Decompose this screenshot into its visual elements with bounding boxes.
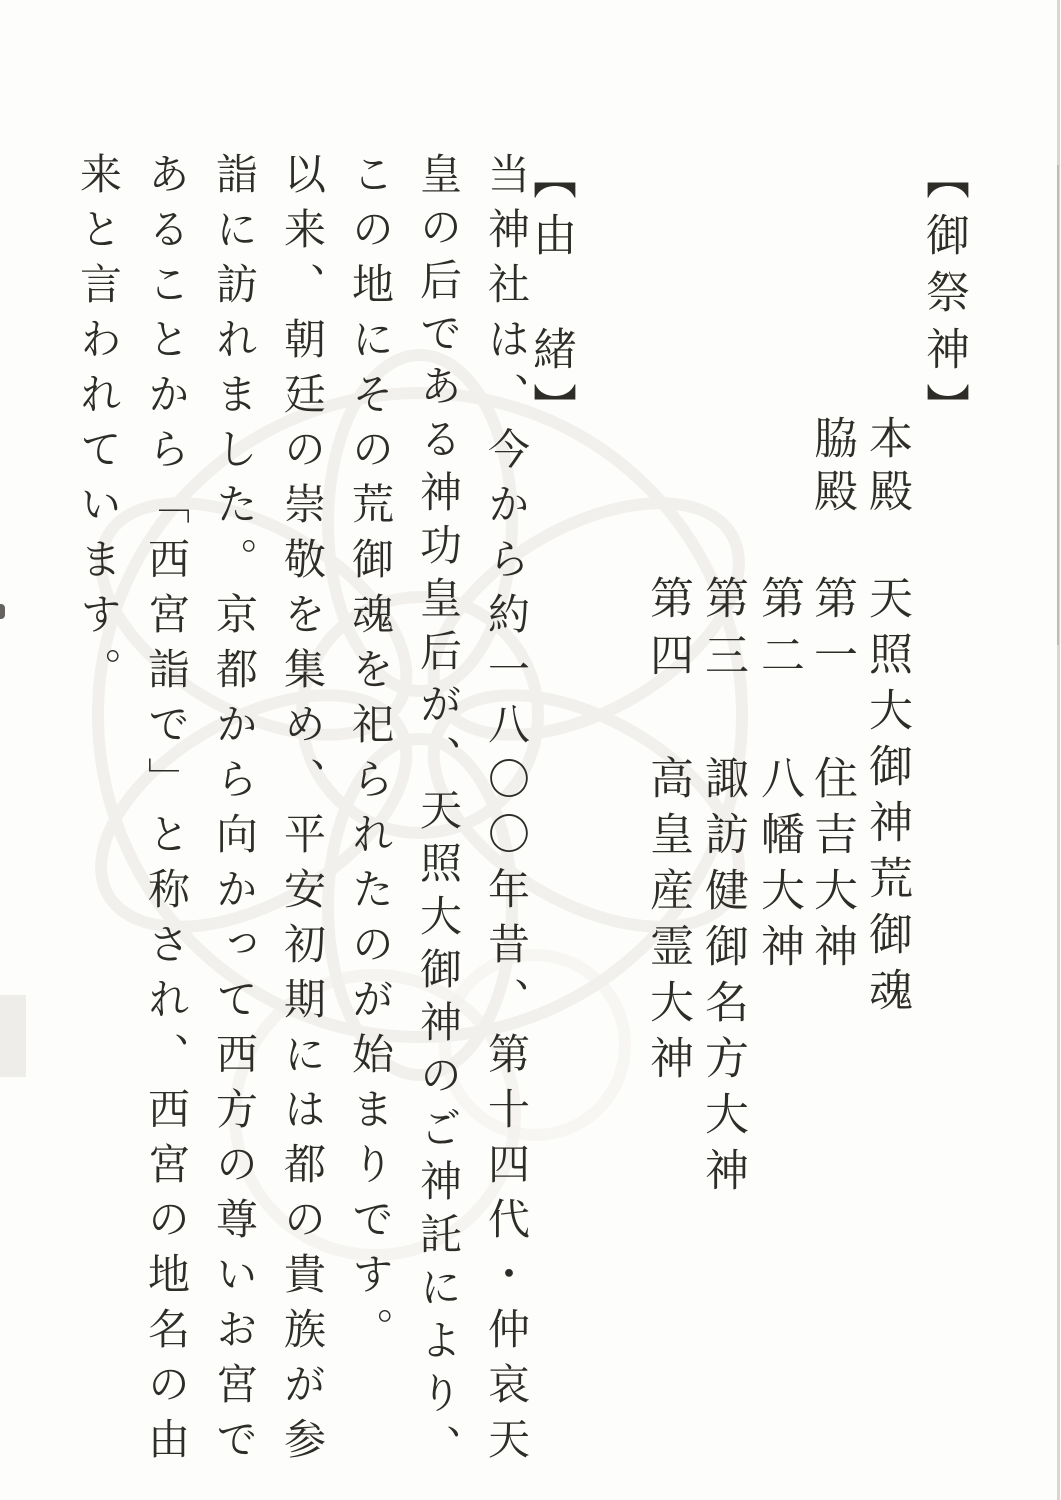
scan-artifact-tick	[0, 604, 5, 619]
yuisho-line-4: 以来、朝廷の崇敬を集め、平安初期には都の貴族が参	[281, 152, 323, 1472]
yuisho-line-2: 皇の后である神功皇后が、天照大御神のご神託により、	[417, 152, 459, 1477]
document-page: 【御祭神】 本殿 天照大御神荒御魂 脇殿 第一 住吉大神 第二 八幡大神 第三 …	[0, 0, 1061, 1500]
yuisho-line-1: 当神社は、今から約一八〇〇年昔、第十四代・仲哀天	[485, 152, 527, 1472]
yuisho-line-7: 来と言われています。	[77, 152, 119, 702]
wakiden-rank-1: 第一	[809, 575, 853, 689]
yuisho-line-3: この地にその荒御魂を祀られたのが始まりです。	[349, 152, 391, 1362]
honden-deity: 天照大御神荒御魂	[864, 575, 908, 1023]
wakiden-deity-2: 八幡大神	[756, 755, 800, 979]
wakiden-deity-4: 高皇産霊大神	[645, 755, 689, 1091]
wakiden-rank-2: 第二	[756, 575, 800, 689]
wakiden-deity-1: 住吉大神	[809, 755, 853, 979]
yuisho-line-6: あることから「西宮詣で」と称され、西宮の地名の由	[145, 152, 187, 1472]
section-gosaijin-heading: 【御祭神】	[921, 155, 965, 440]
wakiden-deity-3: 諏訪健御名方大神	[700, 755, 744, 1203]
scan-edge-line-dark	[1057, 165, 1059, 645]
section-yuisho-heading: 【由 緒】	[528, 155, 572, 440]
wakiden-rank-4: 第四	[645, 575, 689, 689]
wakiden-rank-3: 第三	[700, 575, 744, 689]
honden-label: 本殿	[864, 415, 908, 521]
scan-artifact-smudge	[0, 995, 26, 1077]
yuisho-line-5: 詣に訪れました。京都から向かって西方の尊いお宮で	[213, 152, 255, 1472]
wakiden-label: 脇殿	[809, 415, 853, 521]
